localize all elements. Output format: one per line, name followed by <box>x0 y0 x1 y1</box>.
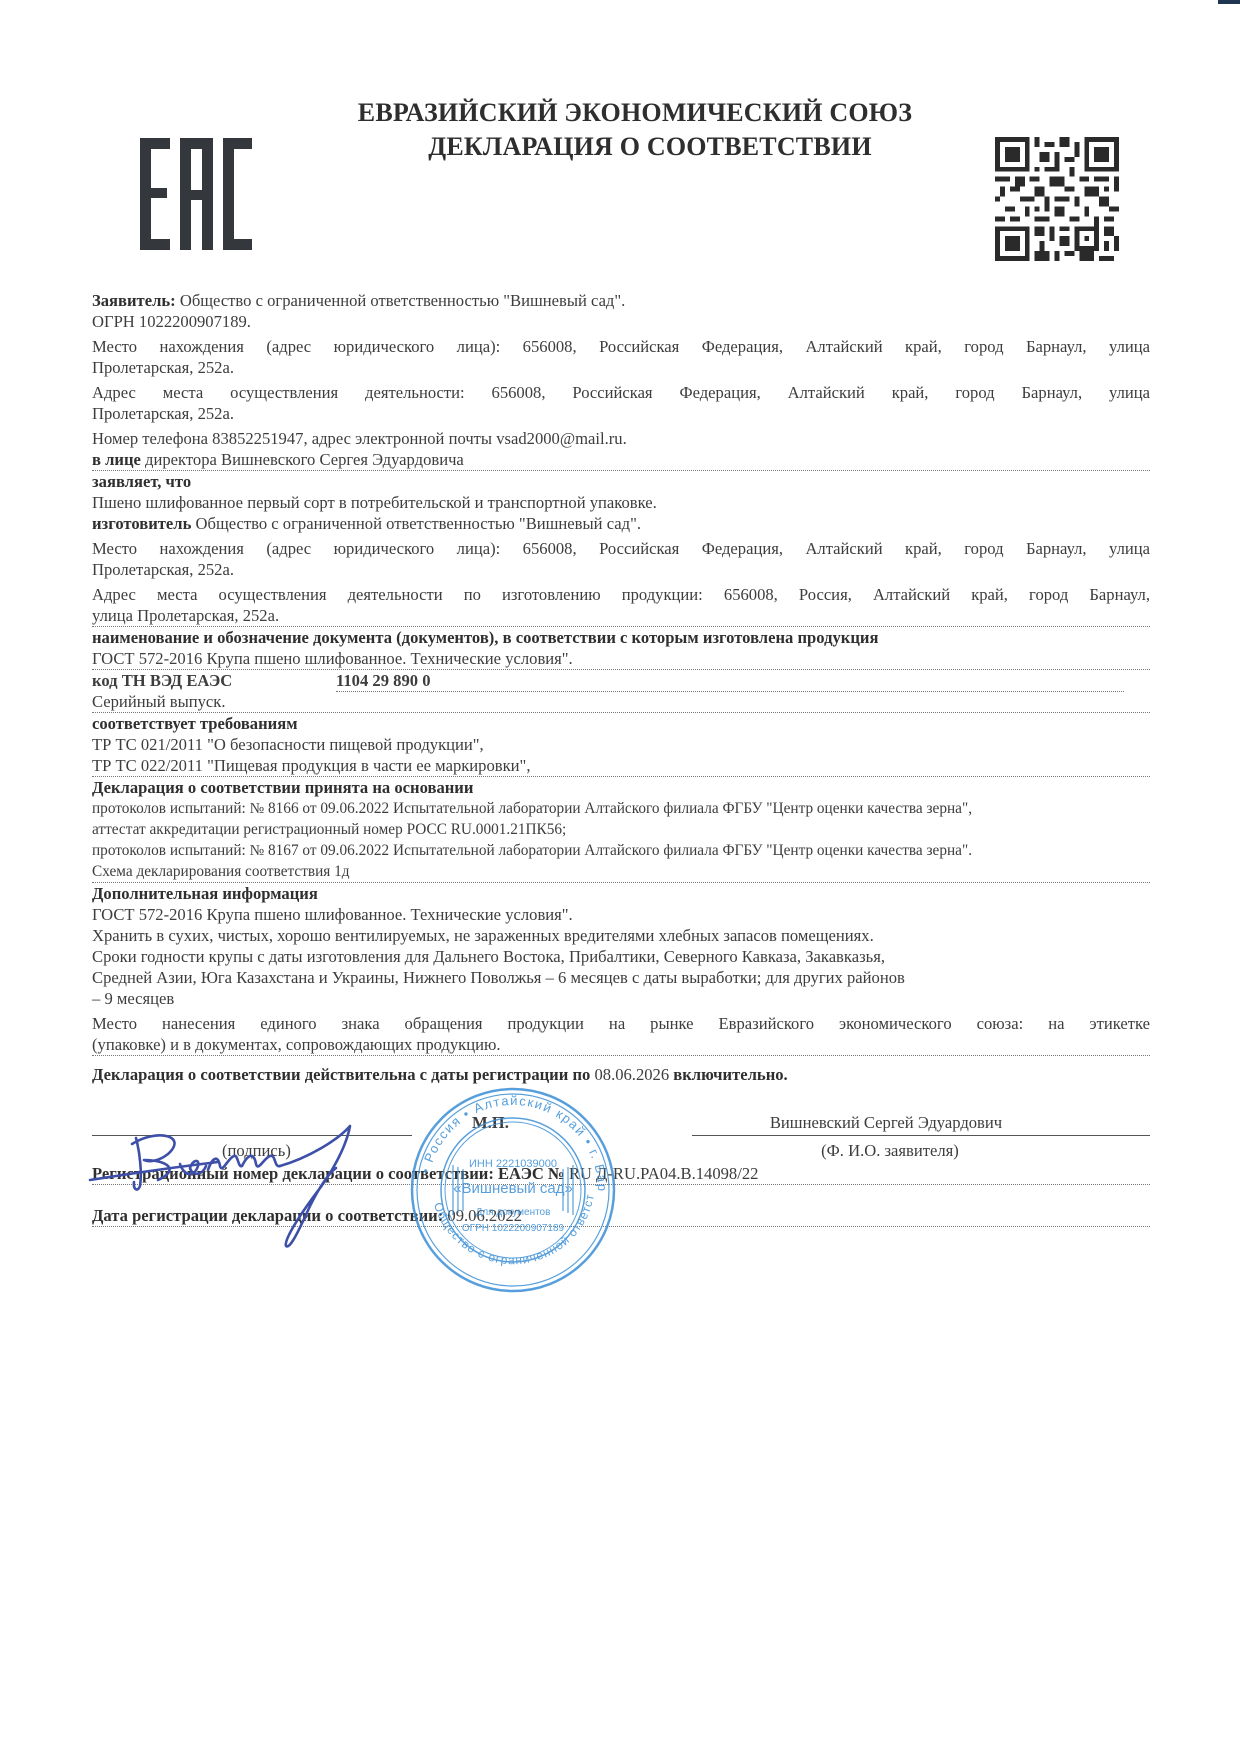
applicant-legal-address-cont: Пролетарская, 252а. <box>92 357 1150 378</box>
additional-info-line: ГОСТ 572-2016 Крупа пшено шлифованное. Т… <box>92 904 1150 925</box>
release-type: Серийный выпуск. <box>92 691 1150 713</box>
union-title: ЕВРАЗИЙСКИЙ ЭКОНОМИЧЕСКИЙ СОЮЗ <box>290 96 980 130</box>
validity-line: Декларация о соответствии действительна … <box>92 1064 1150 1085</box>
name-line <box>692 1135 1150 1136</box>
additional-info-line: – 9 месяцев <box>92 988 1150 1009</box>
handwritten-signature-icon <box>88 1118 378 1253</box>
manufacturer-label: изготовитель <box>92 514 191 533</box>
applicant-activity-address: Адрес места осуществления деятельности: … <box>92 382 1150 403</box>
declaration-body: Заявитель: Общество с ограниченной ответ… <box>92 290 1150 1227</box>
stamp-company-name: «Вишневый сад» <box>453 1180 573 1197</box>
represented-by-line: в лице директора Вишневского Сергея Эдуа… <box>92 449 1150 471</box>
applicant-label: Заявитель: <box>92 291 176 310</box>
basis-protocol-2: протоколов испытаний: № 8167 от 09.06.20… <box>92 840 1150 861</box>
requirement-item: ТР ТС 021/2011 "О безопасности пищевой п… <box>92 734 1150 755</box>
document-header: ЕВРАЗИЙСКИЙ ЭКОНОМИЧЕСКИЙ СОЮЗ ДЕКЛАРАЦИ… <box>290 96 980 164</box>
declaration-title: ДЕКЛАРАЦИЯ О СООТВЕТСТВИИ <box>320 130 980 164</box>
additional-info-label: Дополнительная информация <box>92 883 1150 904</box>
additional-info-line: Сроки годности крупы с даты изготовления… <box>92 946 1150 967</box>
eac-mark-placement-cont: (упаковке) и в документах, сопровождающи… <box>92 1034 1150 1056</box>
tn-ved-label: код ТН ВЭД ЕАЭС <box>92 670 336 691</box>
applicant-contacts: Номер телефона 83852251947, адрес электр… <box>92 428 1150 449</box>
requirement-item: ТР ТС 022/2011 "Пищевая продукция в част… <box>92 755 1150 777</box>
applicant-legal-address: Место нахождения (адрес юридического лиц… <box>92 336 1150 357</box>
svg-text:ИНН 2221039000: ИНН 2221039000 <box>469 1158 557 1170</box>
svg-text:ОГРН 1022200907189: ОГРН 1022200907189 <box>462 1223 565 1234</box>
applicant-line: Заявитель: Общество с ограниченной ответ… <box>92 290 1150 311</box>
basis-scheme: Схема декларирования соответствия 1д <box>92 861 1150 883</box>
basis-protocol-1: протоколов испытаний: № 8166 от 09.06.20… <box>92 798 1150 819</box>
declares-label: заявляет, что <box>92 471 1150 492</box>
applicant-activity-address-cont: Пролетарская, 252а. <box>92 403 1150 424</box>
represented-name: директора Вишневского Сергея Эдуардовича <box>141 450 464 469</box>
validity-suffix: включительно. <box>669 1065 788 1084</box>
additional-info-line: Хранить в сухих, чистых, хорошо вентилир… <box>92 925 1150 946</box>
manufacturer-production-address: Адрес места осуществления деятельности п… <box>92 584 1150 605</box>
validity-prefix: Декларация о соответствии действительна … <box>92 1065 594 1084</box>
eac-mark-placement: Место нанесения единого знака обращения … <box>92 1013 1150 1034</box>
manufacturer-legal-address: Место нахождения (адрес юридического лиц… <box>92 538 1150 559</box>
eac-logo-icon <box>140 138 252 250</box>
applicant-ogrn: ОГРН 1022200907189. <box>92 311 1150 332</box>
standard-value: ГОСТ 572-2016 Крупа пшено шлифованное. Т… <box>92 648 1150 670</box>
manufacturer-production-address-cont: улица Пролетарская, 252а. <box>92 605 1150 627</box>
signer-name: Вишневский Сергей Эдуардович <box>696 1113 1076 1133</box>
additional-info-line: Средней Азии, Юга Казахстана и Украины, … <box>92 967 1150 988</box>
name-caption: (Ф. И.О. заявителя) <box>760 1141 1020 1161</box>
basis-accreditation: аттестат аккредитации регистрационный но… <box>92 819 1150 840</box>
represented-label: в лице <box>92 450 141 469</box>
basis-label: Декларация о соответствии принята на осн… <box>92 777 1150 798</box>
tn-ved-line: код ТН ВЭД ЕАЭС1104 29 890 0 <box>92 670 1150 691</box>
manufacturer-line: изготовитель Общество с ограниченной отв… <box>92 513 1150 534</box>
requirements-label: соответствует требованиям <box>92 713 1150 734</box>
applicant-name: Общество с ограниченной ответственностью… <box>176 291 626 310</box>
manufacturer-legal-address-cont: Пролетарская, 252а. <box>92 559 1150 580</box>
scan-edge-mark <box>1218 0 1240 4</box>
declaration-document: ЕВРАЗИЙСКИЙ ЭКОНОМИЧЕСКИЙ СОЮЗ ДЕКЛАРАЦИ… <box>0 0 1240 1755</box>
validity-date: 08.06.2026 <box>594 1065 669 1084</box>
product-description: Пшено шлифованное первый сорт в потребит… <box>92 492 1150 513</box>
svg-text:Для документов: Для документов <box>476 1207 551 1218</box>
tn-ved-code: 1104 29 890 0 <box>336 670 1124 692</box>
standard-label: наименование и обозначение документа (до… <box>92 627 1150 648</box>
company-seal-icon: • Россия • Алтайский край • г. Барнаул •… <box>408 1085 618 1295</box>
qr-code-icon[interactable] <box>995 137 1119 261</box>
manufacturer-name: Общество с ограниченной ответственностью… <box>191 514 641 533</box>
